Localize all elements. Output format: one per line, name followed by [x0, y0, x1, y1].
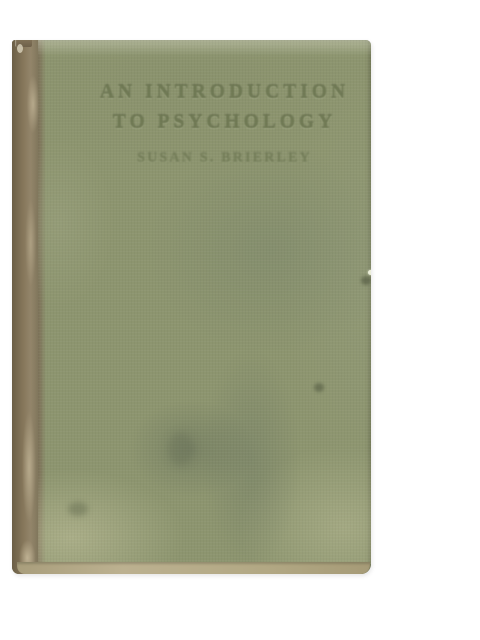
stain-smudge — [68, 502, 88, 516]
stain-spot — [361, 276, 371, 285]
title-block: AN INTRODUCTION TO PSYCHOLOGY SUSAN S. B… — [78, 78, 371, 169]
cover-author: SUSAN S. BRIERLEY — [78, 149, 371, 169]
stain-spot — [314, 383, 324, 392]
book-bottom-edge — [17, 562, 370, 574]
cover-title-line-2: TO PSYCHOLOGY — [78, 108, 371, 138]
book: AN INTRODUCTION TO PSYCHOLOGY SUSAN S. B… — [12, 40, 371, 574]
book-photo: AN INTRODUCTION TO PSYCHOLOGY SUSAN S. B… — [0, 0, 480, 640]
stain-smudge — [168, 432, 194, 466]
cover-title-line-1: AN INTRODUCTION — [78, 78, 371, 108]
spine-wear-chip — [17, 44, 23, 53]
speck-light — [368, 270, 371, 275]
front-cover: AN INTRODUCTION TO PSYCHOLOGY SUSAN S. B… — [38, 40, 371, 564]
